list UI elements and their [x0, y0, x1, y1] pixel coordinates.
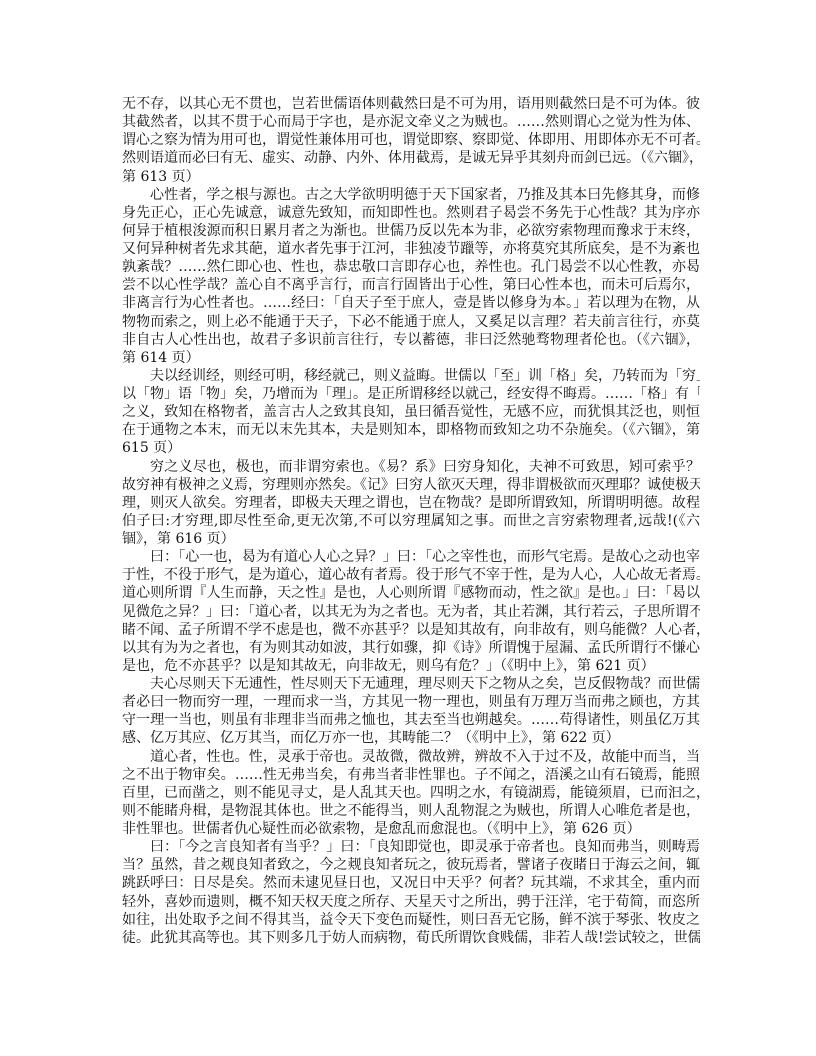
text-line: 又何异种树者先求其葩，道水者先事于江河，非独凌节躐等，亦将莫究其所底矣，是不为紊… [122, 240, 700, 258]
citation-line: 锢》，第 616 页） [122, 530, 700, 548]
text-body: 无不存，以其心无不贯也，岂若世儒语体则截然曰是不可为用，语用则截然曰是不可为体。… [122, 95, 700, 947]
paragraph-continuation: 无不存，以其心无不贯也，岂若世儒语体则截然曰是不可为用，语用则截然曰是不可为体。… [122, 95, 700, 186]
document-page: 无不存，以其心无不贯也，岂若世儒语体则截然曰是不可为用，语用则截然曰是不可为体。… [0, 0, 816, 1056]
text-line: 之不出于物审矣。……性无弗当矣，有弗当者非性罪也。子不闻之，浯溪之山有石镜焉，能… [122, 766, 700, 784]
citation-line: 感、亿万其应、亿万其当，而亿万亦一也，其畴能二？（《明中上》，第 622 页） [122, 729, 700, 747]
paragraph: 夫心尽则天下无逋性，性尽则天下无逋理，理尽则天下之物从之矣，岂反假物哉？而世儒 … [122, 675, 700, 748]
citation-line: 615 页） [122, 439, 700, 457]
text-line: 然则语道而必曰有无、虚实、动静、内外、体用截焉，是诚无异乎其刻舟而剑已远。（《六… [122, 149, 700, 167]
text-line: 非自古人心性出也，故君子多识前言往行，专以蓄德，非曰泛然驰骛物理者伦也。（《六锢… [122, 331, 700, 349]
text-line: 百里，已而凿之，则不能见寻丈，是人乱其天也。四明之水，有镜湖焉，能镜须眉，已而汩… [122, 784, 700, 802]
paragraph: 心性者，学之根与源也。古之大学欲明明德于天下国家者，乃推及其本曰先修其身，而修 … [122, 186, 700, 367]
paragraph: 曰：「心一也，曷为有道心人心之异？」曰：「心之宰性也，而形气宅焉。是故心之动也宰… [122, 548, 700, 675]
text-line: 物物而索之，则上必不能通于天子，下必不能通于庶人，又奚足以言理？若夫前言往行，亦… [122, 313, 700, 331]
text-line: 伯子曰:才穷理,即尽性至命,更无次第,不可以穷理属知之事。而世之言穷索物理者,远… [122, 512, 700, 530]
text-line: 之义，致知在格物者，盖言古人之致其良知，虽曰循吾觉性，无感不应，而犹惧其泛也，则… [122, 403, 700, 421]
text-line: 尝不以心性学哉？盖心自不离乎言行，而言行固皆出于心性，第曰心性本也，而未可后焉尔… [122, 276, 700, 294]
text-line: 于性，不役于形气，是为道心，道心故有者焉。役于形气不宰于性，是为人心，人心故无者… [122, 566, 700, 584]
text-line: 夫心尽则天下无逋性，性尽则天下无逋理，理尽则天下之物从之矣，岂反假物哉？而世儒 [122, 675, 700, 693]
text-line: 守一理一当也，则虽有非理非当而弗之恤也，其去至当也朔越矣。……苟得诸性，则虽亿万… [122, 711, 700, 729]
text-line: 孰紊哉？……然仁即心也、性也，恭忠敬口言即存心也，养性也。孔门曷尝不以心性教，亦… [122, 258, 700, 276]
text-line: 无不存，以其心无不贯也，岂若世儒语体则截然曰是不可为用，语用则截然曰是不可为体。… [122, 95, 700, 113]
text-line: 曰：「今之言良知者有当乎？」曰：「良知即觉也，即灵承于帝者也。良知而弗当，则畴焉 [122, 838, 700, 856]
text-line: 非离言行为心性者也。……经曰：「自天子至于庶人，壹是皆以修身为本。」若以理为在物… [122, 294, 700, 312]
text-line: 夫以经训经，则经可明，移经就己，则义益晦。世儒以「至」训「格」矣，乃转而为「穷」… [122, 367, 700, 385]
text-line: 如往，出处取予之间不得其当，益令天下变色而疑性，则曰吾无它肠，鲜不滨于琴张、牧皮… [122, 911, 700, 929]
text-line: 徒。此犹其高等也。其下则多几于妨人而病物，荀氏所谓饮食贱儒，非若人哉!尝试较之，… [122, 929, 700, 947]
paragraph: 道心者，性也。性，灵承于帝也。灵故微，微故辨，辨故不入于过不及，故能中而当，当 … [122, 748, 700, 839]
text-line: 跳跃呼曰：日尽是矣。然而未逮见昼日也，又况日中天乎？何者？玩其端，不求其全，重内… [122, 874, 700, 892]
text-line: 穷之义尽也，极也，而非谓穷索也。《易？系》曰穷身知化，夫神不可致思，矧可索乎？ [122, 458, 700, 476]
text-line: 者必曰一物而穷一理，一理而求一当，方其见一物一理也，则虽有万理万当而弗之顾也，方… [122, 693, 700, 711]
citation-line: 是也，危不亦甚乎？以是知其故无，向非故无，则乌有危？」（《明中上》，第 621 … [122, 657, 700, 675]
text-line: 见微危之异？」曰：「道心者，以其无为为之者也。无为者，其止若渊，其行若云，子思所… [122, 603, 700, 621]
text-line: 以「物」语「物」矣，乃增而为「理」。是正所谓移经以就己，经安得不晦焉。……「格」… [122, 385, 700, 403]
text-line: 谓心之察为情为用可也，谓觉性兼体用可也，谓觉即察、察即觉、体即用、用即体亦无不可… [122, 131, 700, 149]
paragraph: 曰：「今之言良知者有当乎？」曰：「良知即觉也，即灵承于帝者也。良知而弗当，则畴焉… [122, 838, 700, 947]
text-line: 以其有为为之者也，有为则其动如波，其行如骤，抑《诗》所谓愧于屋漏、孟氏所谓行不慊… [122, 639, 700, 657]
paragraph: 夫以经训经，则经可明，移经就己，则义益晦。世儒以「至」训「格」矣，乃转而为「穷」… [122, 367, 700, 458]
citation-line: 非性罪也。世儒者仇心疑性而必欲索物，是愈乱而愈混也。（《明中上》，第 626 页… [122, 820, 700, 838]
text-line: 身先正心，正心先诚意，诚意先致知，而知即性也。然则君子曷尝不务先于心性哉？其为序… [122, 204, 700, 222]
paragraph: 穷之义尽也，极也，而非谓穷索也。《易？系》曰穷身知化，夫神不可致思，矧可索乎？ … [122, 458, 700, 549]
text-line: 道心则所谓『人生而静，天之性』是也，人心则所谓『感物而动，性之欲』是也。」曰：「… [122, 584, 700, 602]
text-line: 故穷神有极神之义焉，穷理则亦然矣。《记》曰穷人欲灭天理，得非谓极欲而灭理耶？诚使… [122, 476, 700, 494]
text-line: 何异于植根浚源而积日累月者之为渐也。世儒乃反以先本为非，必欲穷索物理而豫求于末终… [122, 222, 700, 240]
text-line: 道心者，性也。性，灵承于帝也。灵故微，微故辨，辨故不入于过不及，故能中而当，当 [122, 748, 700, 766]
text-line: 心性者，学之根与源也。古之大学欲明明德于天下国家者，乃推及其本曰先修其身，而修 [122, 186, 700, 204]
text-line: 睹不闻、孟子所谓不学不虑是也，微不亦甚乎？以是知其故有，向非故有，则乌能微？人心… [122, 621, 700, 639]
text-line: 在于通物之本末，而无以末先其本，夫是则知本，即格物而致知之功不杂施矣。（《六锢》… [122, 421, 700, 439]
text-line: 其截然者，以其不贯于心而局于字也，是亦泥文牵义之为贼也。……然则谓心之觉为性为体… [122, 113, 700, 131]
citation-line: 第 614 页） [122, 349, 700, 367]
text-line: 轻外，喜妙而遗则，概不知天权天度之所存、天星天寸之所出，骋于汪洋，宅于荀简，而恣… [122, 893, 700, 911]
text-line: 曰：「心一也，曷为有道心人心之异？」曰：「心之宰性也，而形气宅焉。是故心之动也宰 [122, 548, 700, 566]
text-line: 则不能睹舟楫，是物混其体也。世之不能得当，则人乱物混之为贼也，所谓人心唯危者是也… [122, 802, 700, 820]
text-line: 理，则灭人欲矣。穷理者，即极夫天理之谓也，岂在物哉？是即所谓致知，所谓明明德。故… [122, 494, 700, 512]
citation-line: 第 613 页） [122, 168, 700, 186]
text-line: 当？虽然，昔之觌良知者致之，今之觌良知者玩之，彼玩焉者，譬诸子夜睹日于海云之间，… [122, 856, 700, 874]
